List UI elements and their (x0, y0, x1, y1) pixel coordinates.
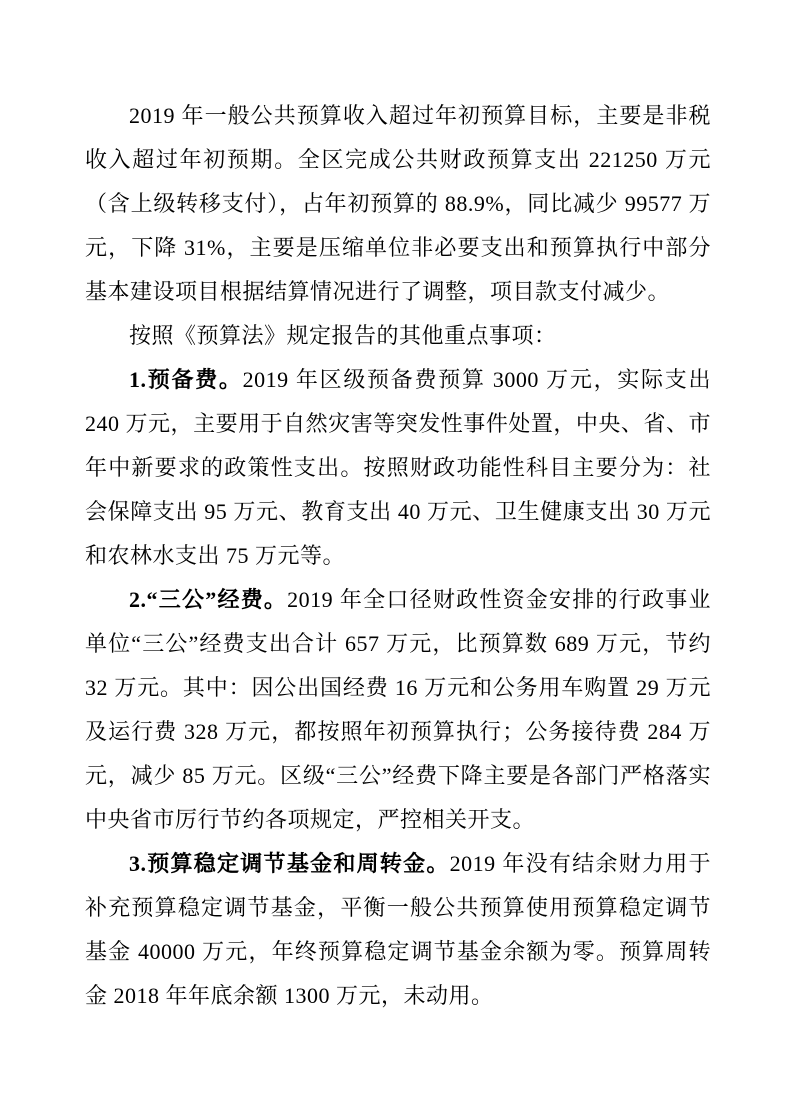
paragraph-heading: 2.“三公”经费。 (129, 587, 287, 612)
paragraph-budget-overview: 2019 年一般公共预算收入超过年初预算目标，主要是非税收入超过年初预期。全区完… (85, 94, 711, 314)
paragraph-text: 2019 年区级预备费预算 3000 万元，实际支出 240 万元，主要用于自然… (85, 367, 711, 568)
paragraph-text: 按照《预算法》规定报告的其他重点事项： (129, 323, 557, 348)
paragraph-reserve-fund: 1.预备费。2019 年区级预备费预算 3000 万元，实际支出 240 万元，… (85, 358, 711, 578)
paragraph-heading: 1.预备费。 (129, 367, 243, 392)
paragraph-other-items-intro: 按照《预算法》规定报告的其他重点事项： (85, 314, 711, 358)
paragraph-text: 2019 年全口径财政性资金安排的行政事业单位“三公”经费支出合计 657 万元… (85, 587, 711, 832)
paragraph-stabilization-fund: 3.预算稳定调节基金和周转金。2019 年没有结余财力用于补充预算稳定调节基金，… (85, 842, 711, 1018)
document-content: 2019 年一般公共预算收入超过年初预算目标，主要是非税收入超过年初预期。全区完… (85, 94, 711, 1018)
document-page: 2019 年一般公共预算收入超过年初预算目标，主要是非税收入超过年初预期。全区完… (0, 0, 790, 1118)
paragraph-text: 2019 年一般公共预算收入超过年初预算目标，主要是非税收入超过年初预期。全区完… (85, 103, 711, 304)
paragraph-three-public-expenses: 2.“三公”经费。2019 年全口径财政性资金安排的行政事业单位“三公”经费支出… (85, 578, 711, 842)
paragraph-heading: 3.预算稳定调节基金和周转金。 (129, 851, 450, 876)
